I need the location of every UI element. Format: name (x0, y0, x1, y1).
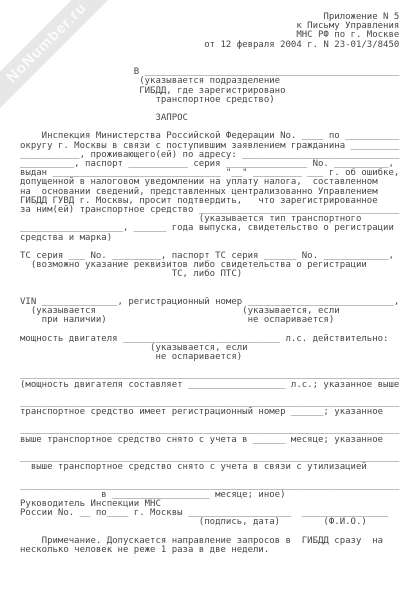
doc-line: средства и марка) (20, 234, 420, 243)
doc-line: (подпись, дата) (Ф.И.О.) (20, 518, 420, 527)
document-page: NoNumber.ru Приложение N 5 к Письму Упра… (0, 0, 420, 600)
doc-line: (мощность двигателя составляет _________… (20, 381, 420, 390)
doc-line: выше транспортное средство снято с учета… (20, 463, 420, 472)
doc-line: транспортное средство) (20, 96, 420, 105)
doc-line: несколько человек не реже 1 раза в две н… (20, 546, 420, 555)
doc-line: ЗАПРОС (20, 114, 420, 123)
doc-line: транспортное средство имеет регистрацион… (20, 408, 420, 417)
doc-line: при наличии) не оспаривается) (20, 316, 420, 325)
doc-line: ТС, либо ПТС) (20, 270, 420, 279)
doc-line (20, 50, 420, 59)
doc-line (20, 279, 420, 288)
document-text: Приложение N 5 к Письму Управления МНС Р… (20, 13, 420, 555)
doc-line: выше транспортное средство снято с учета… (20, 436, 420, 445)
doc-line: от 12 февраля 2004 г. N 23-01/3/8450 (20, 41, 420, 50)
doc-line: не оспаривается) (20, 353, 420, 362)
